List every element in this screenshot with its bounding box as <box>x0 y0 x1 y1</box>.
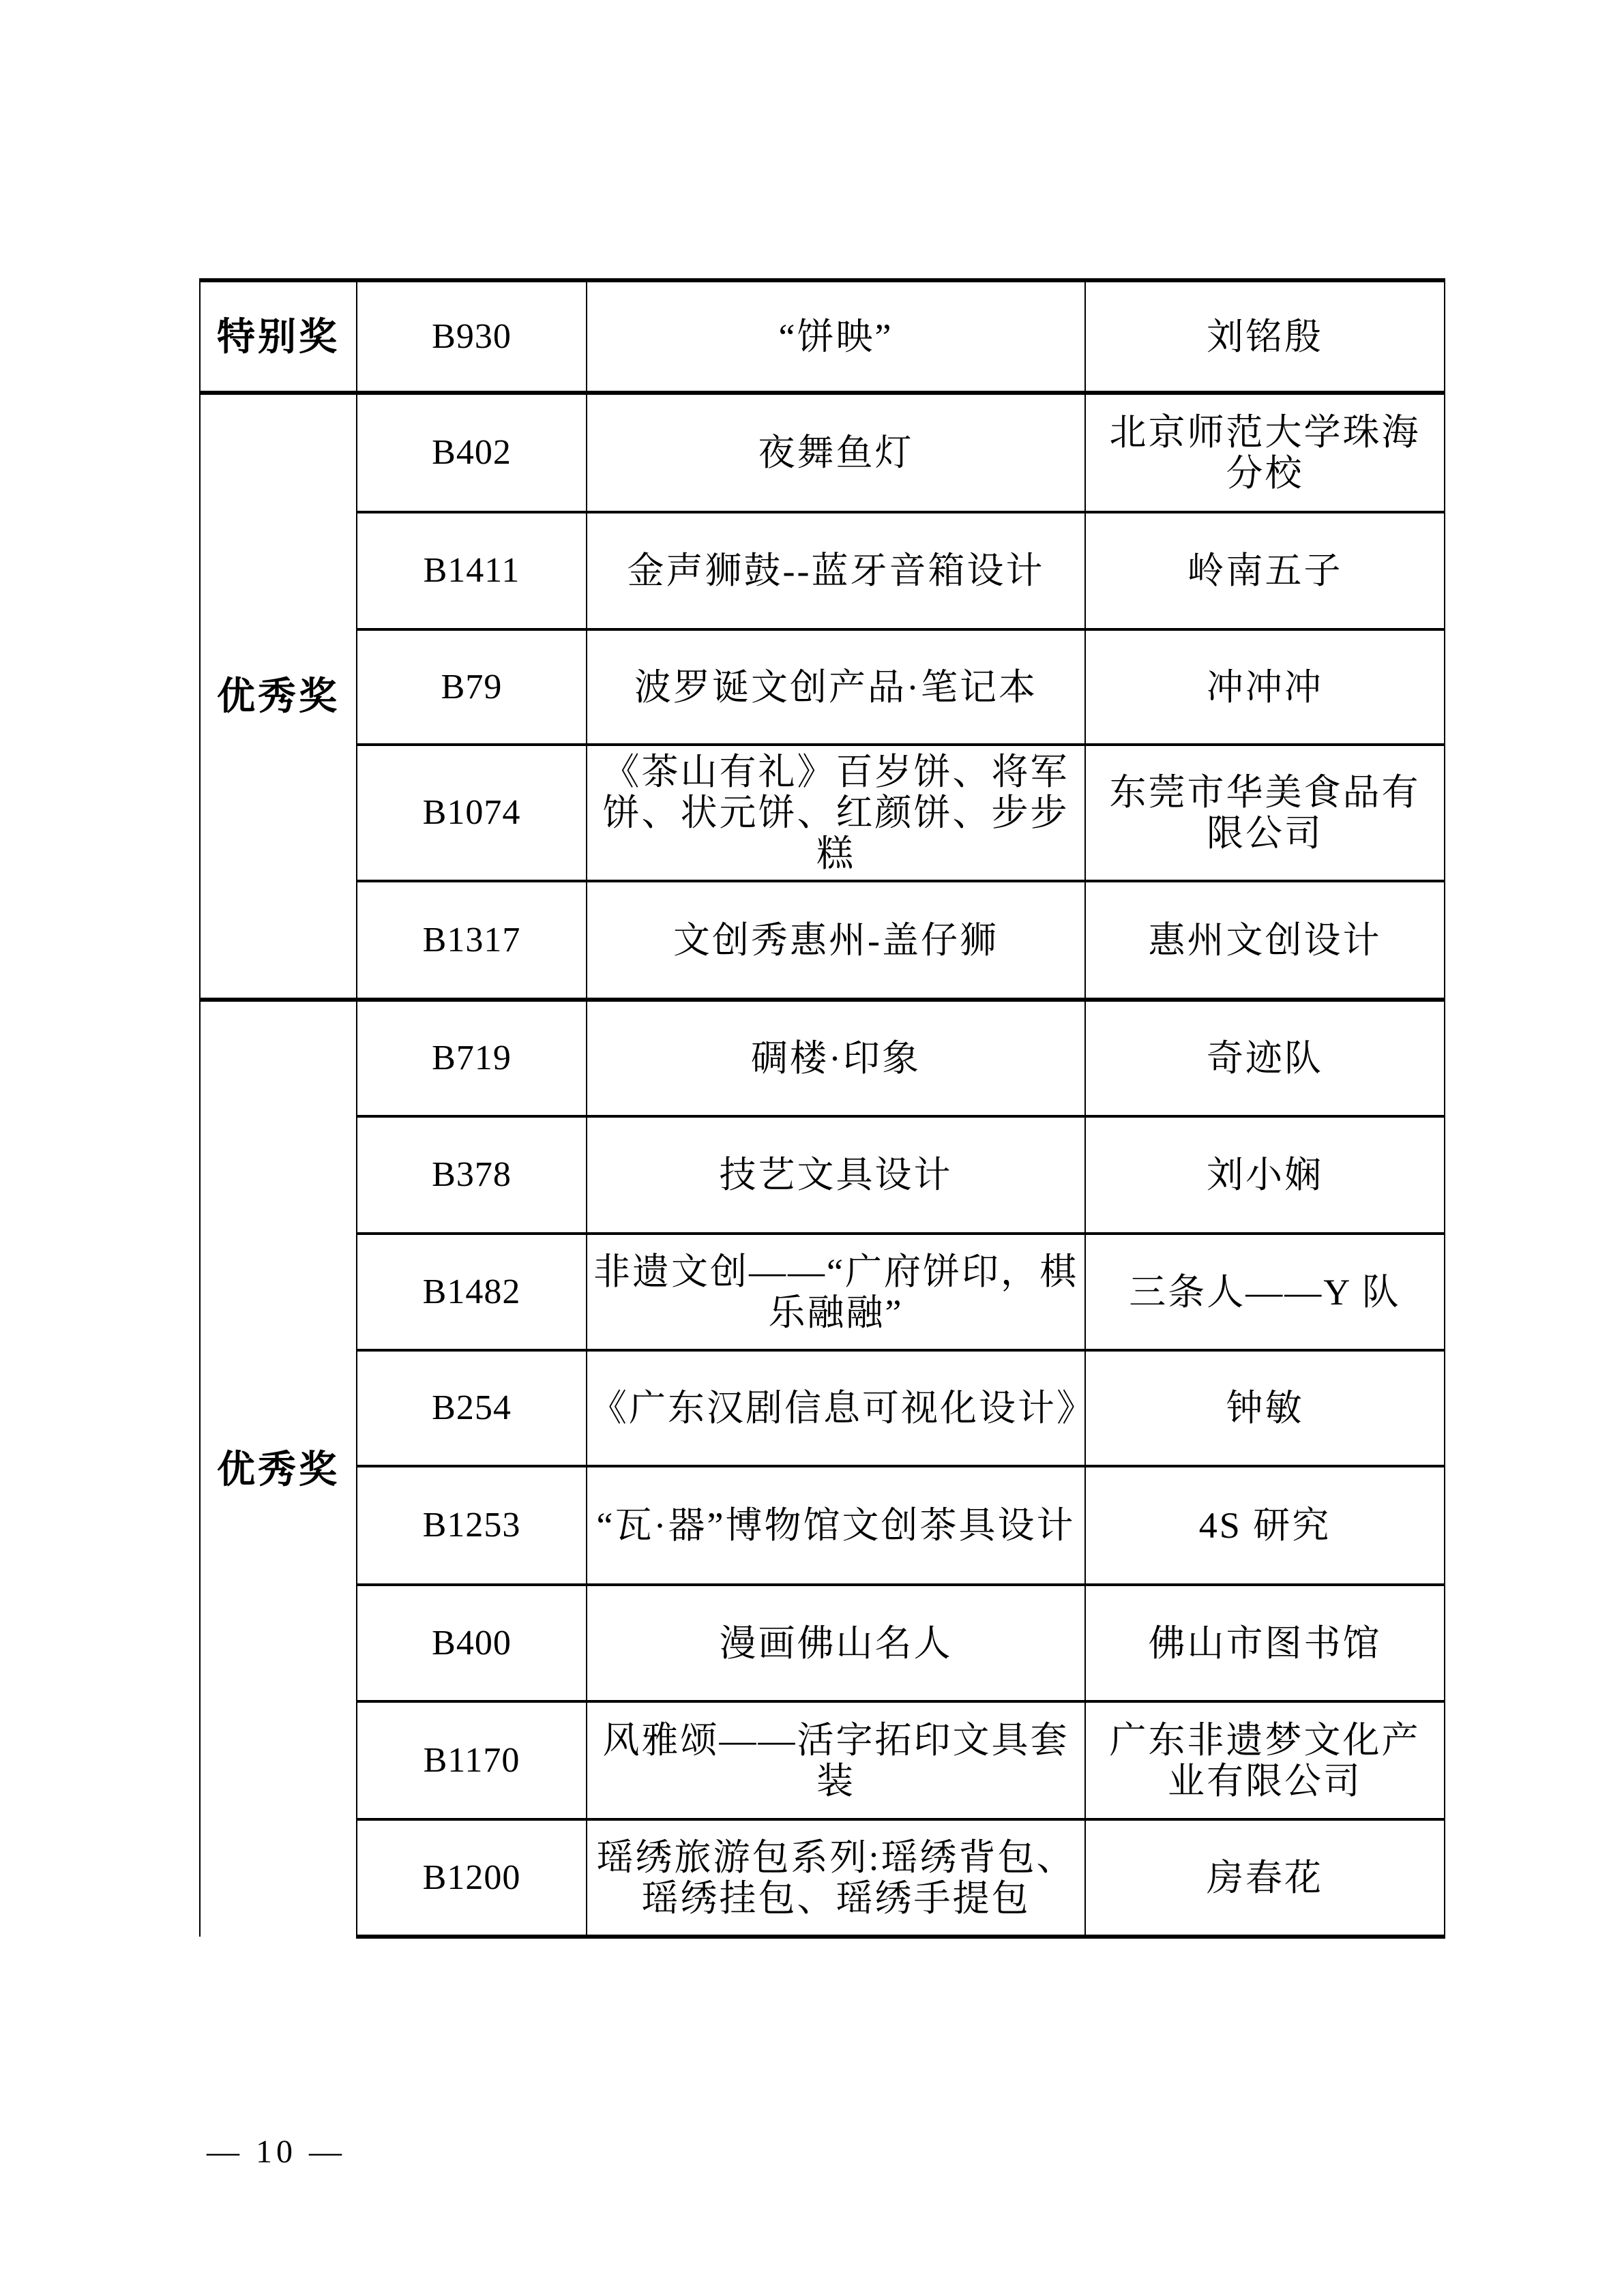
author-cell: 奇迹队 <box>1085 1000 1445 1116</box>
author-cell: 东莞市华美食品有限公司 <box>1085 745 1445 881</box>
author-cell: 惠州文创设计 <box>1085 881 1445 1000</box>
table-row: B1411金声狮鼓--蓝牙音箱设计岭南五子 <box>200 512 1445 629</box>
author-cell: 冲冲冲 <box>1085 629 1445 745</box>
table-row: B1482非遗文创——“广府饼印，棋乐融融”三条人——Y 队 <box>200 1234 1445 1350</box>
work-title-cell: 漫画佛山名人 <box>587 1585 1085 1701</box>
work-title-cell: “瓦·器”博物馆文创茶具设计 <box>587 1466 1085 1585</box>
entry-id-cell: B79 <box>357 629 587 745</box>
table-row: B79波罗诞文创产品·笔记本冲冲冲 <box>200 629 1445 745</box>
entry-id-cell: B1411 <box>357 512 587 629</box>
table-row: B378技艺文具设计刘小娴 <box>200 1116 1445 1234</box>
document-page: 特别奖B930“饼映”刘铭殷优秀奖B402夜舞鱼灯北京师范大学珠海分校B1411… <box>0 0 1624 2296</box>
author-cell: 北京师范大学珠海分校 <box>1085 393 1445 512</box>
author-cell: 三条人——Y 队 <box>1085 1234 1445 1350</box>
entry-id-cell: B1253 <box>357 1466 587 1585</box>
table-row: B1317文创秀惠州-盖仔狮惠州文创设计 <box>200 881 1445 1000</box>
entry-id-cell: B1074 <box>357 745 587 881</box>
work-title-cell: 瑶绣旅游包系列:瑶绣背包、瑶绣挂包、瑶绣手提包 <box>587 1819 1085 1937</box>
entry-id-cell: B930 <box>357 280 587 393</box>
work-title-cell: 技艺文具设计 <box>587 1116 1085 1234</box>
page-number: — 10 — <box>207 2133 346 2171</box>
table-row: B1253“瓦·器”博物馆文创茶具设计4S 研究 <box>200 1466 1445 1585</box>
work-title-cell: 金声狮鼓--蓝牙音箱设计 <box>587 512 1085 629</box>
entry-id-cell: B1170 <box>357 1701 587 1819</box>
work-title-cell: 夜舞鱼灯 <box>587 393 1085 512</box>
author-cell: 刘铭殷 <box>1085 280 1445 393</box>
work-title-cell: 波罗诞文创产品·笔记本 <box>587 629 1085 745</box>
entry-id-cell: B719 <box>357 1000 587 1116</box>
work-title-cell: 风雅颂——活字拓印文具套装 <box>587 1701 1085 1819</box>
award-category-cell: 优秀奖 <box>200 1000 357 1937</box>
work-title-cell: 《广东汉剧信息可视化设计》 <box>587 1350 1085 1466</box>
author-cell: 岭南五子 <box>1085 512 1445 629</box>
work-title-cell: 非遗文创——“广府饼印，棋乐融融” <box>587 1234 1085 1350</box>
table-row: B254《广东汉剧信息可视化设计》钟敏 <box>200 1350 1445 1466</box>
work-title-cell: “饼映” <box>587 280 1085 393</box>
author-cell: 广东非遗梦文化产业有限公司 <box>1085 1701 1445 1819</box>
author-cell: 佛山市图书馆 <box>1085 1585 1445 1701</box>
table-row: B1170风雅颂——活字拓印文具套装广东非遗梦文化产业有限公司 <box>200 1701 1445 1819</box>
entry-id-cell: B1317 <box>357 881 587 1000</box>
author-cell: 钟敏 <box>1085 1350 1445 1466</box>
table-row: B1200瑶绣旅游包系列:瑶绣背包、瑶绣挂包、瑶绣手提包房春花 <box>200 1819 1445 1937</box>
entry-id-cell: B1200 <box>357 1819 587 1937</box>
table-row: 特别奖B930“饼映”刘铭殷 <box>200 280 1445 393</box>
author-cell: 刘小娴 <box>1085 1116 1445 1234</box>
work-title-cell: 文创秀惠州-盖仔狮 <box>587 881 1085 1000</box>
awards-table-body: 特别奖B930“饼映”刘铭殷优秀奖B402夜舞鱼灯北京师范大学珠海分校B1411… <box>200 280 1445 1937</box>
award-category-cell: 特别奖 <box>200 280 357 393</box>
table-row: 优秀奖B719碉楼·印象奇迹队 <box>200 1000 1445 1116</box>
author-cell: 4S 研究 <box>1085 1466 1445 1585</box>
table-row: B400漫画佛山名人佛山市图书馆 <box>200 1585 1445 1701</box>
entry-id-cell: B402 <box>357 393 587 512</box>
awards-table: 特别奖B930“饼映”刘铭殷优秀奖B402夜舞鱼灯北京师范大学珠海分校B1411… <box>199 278 1445 1939</box>
award-category-cell: 优秀奖 <box>200 393 357 1000</box>
work-title-cell: 碉楼·印象 <box>587 1000 1085 1116</box>
entry-id-cell: B400 <box>357 1585 587 1701</box>
entry-id-cell: B1482 <box>357 1234 587 1350</box>
entry-id-cell: B378 <box>357 1116 587 1234</box>
entry-id-cell: B254 <box>357 1350 587 1466</box>
table-row: 优秀奖B402夜舞鱼灯北京师范大学珠海分校 <box>200 393 1445 512</box>
table-row: B1074《茶山有礼》百岁饼、将军饼、状元饼、红颜饼、步步糕东莞市华美食品有限公… <box>200 745 1445 881</box>
work-title-cell: 《茶山有礼》百岁饼、将军饼、状元饼、红颜饼、步步糕 <box>587 745 1085 881</box>
author-cell: 房春花 <box>1085 1819 1445 1937</box>
